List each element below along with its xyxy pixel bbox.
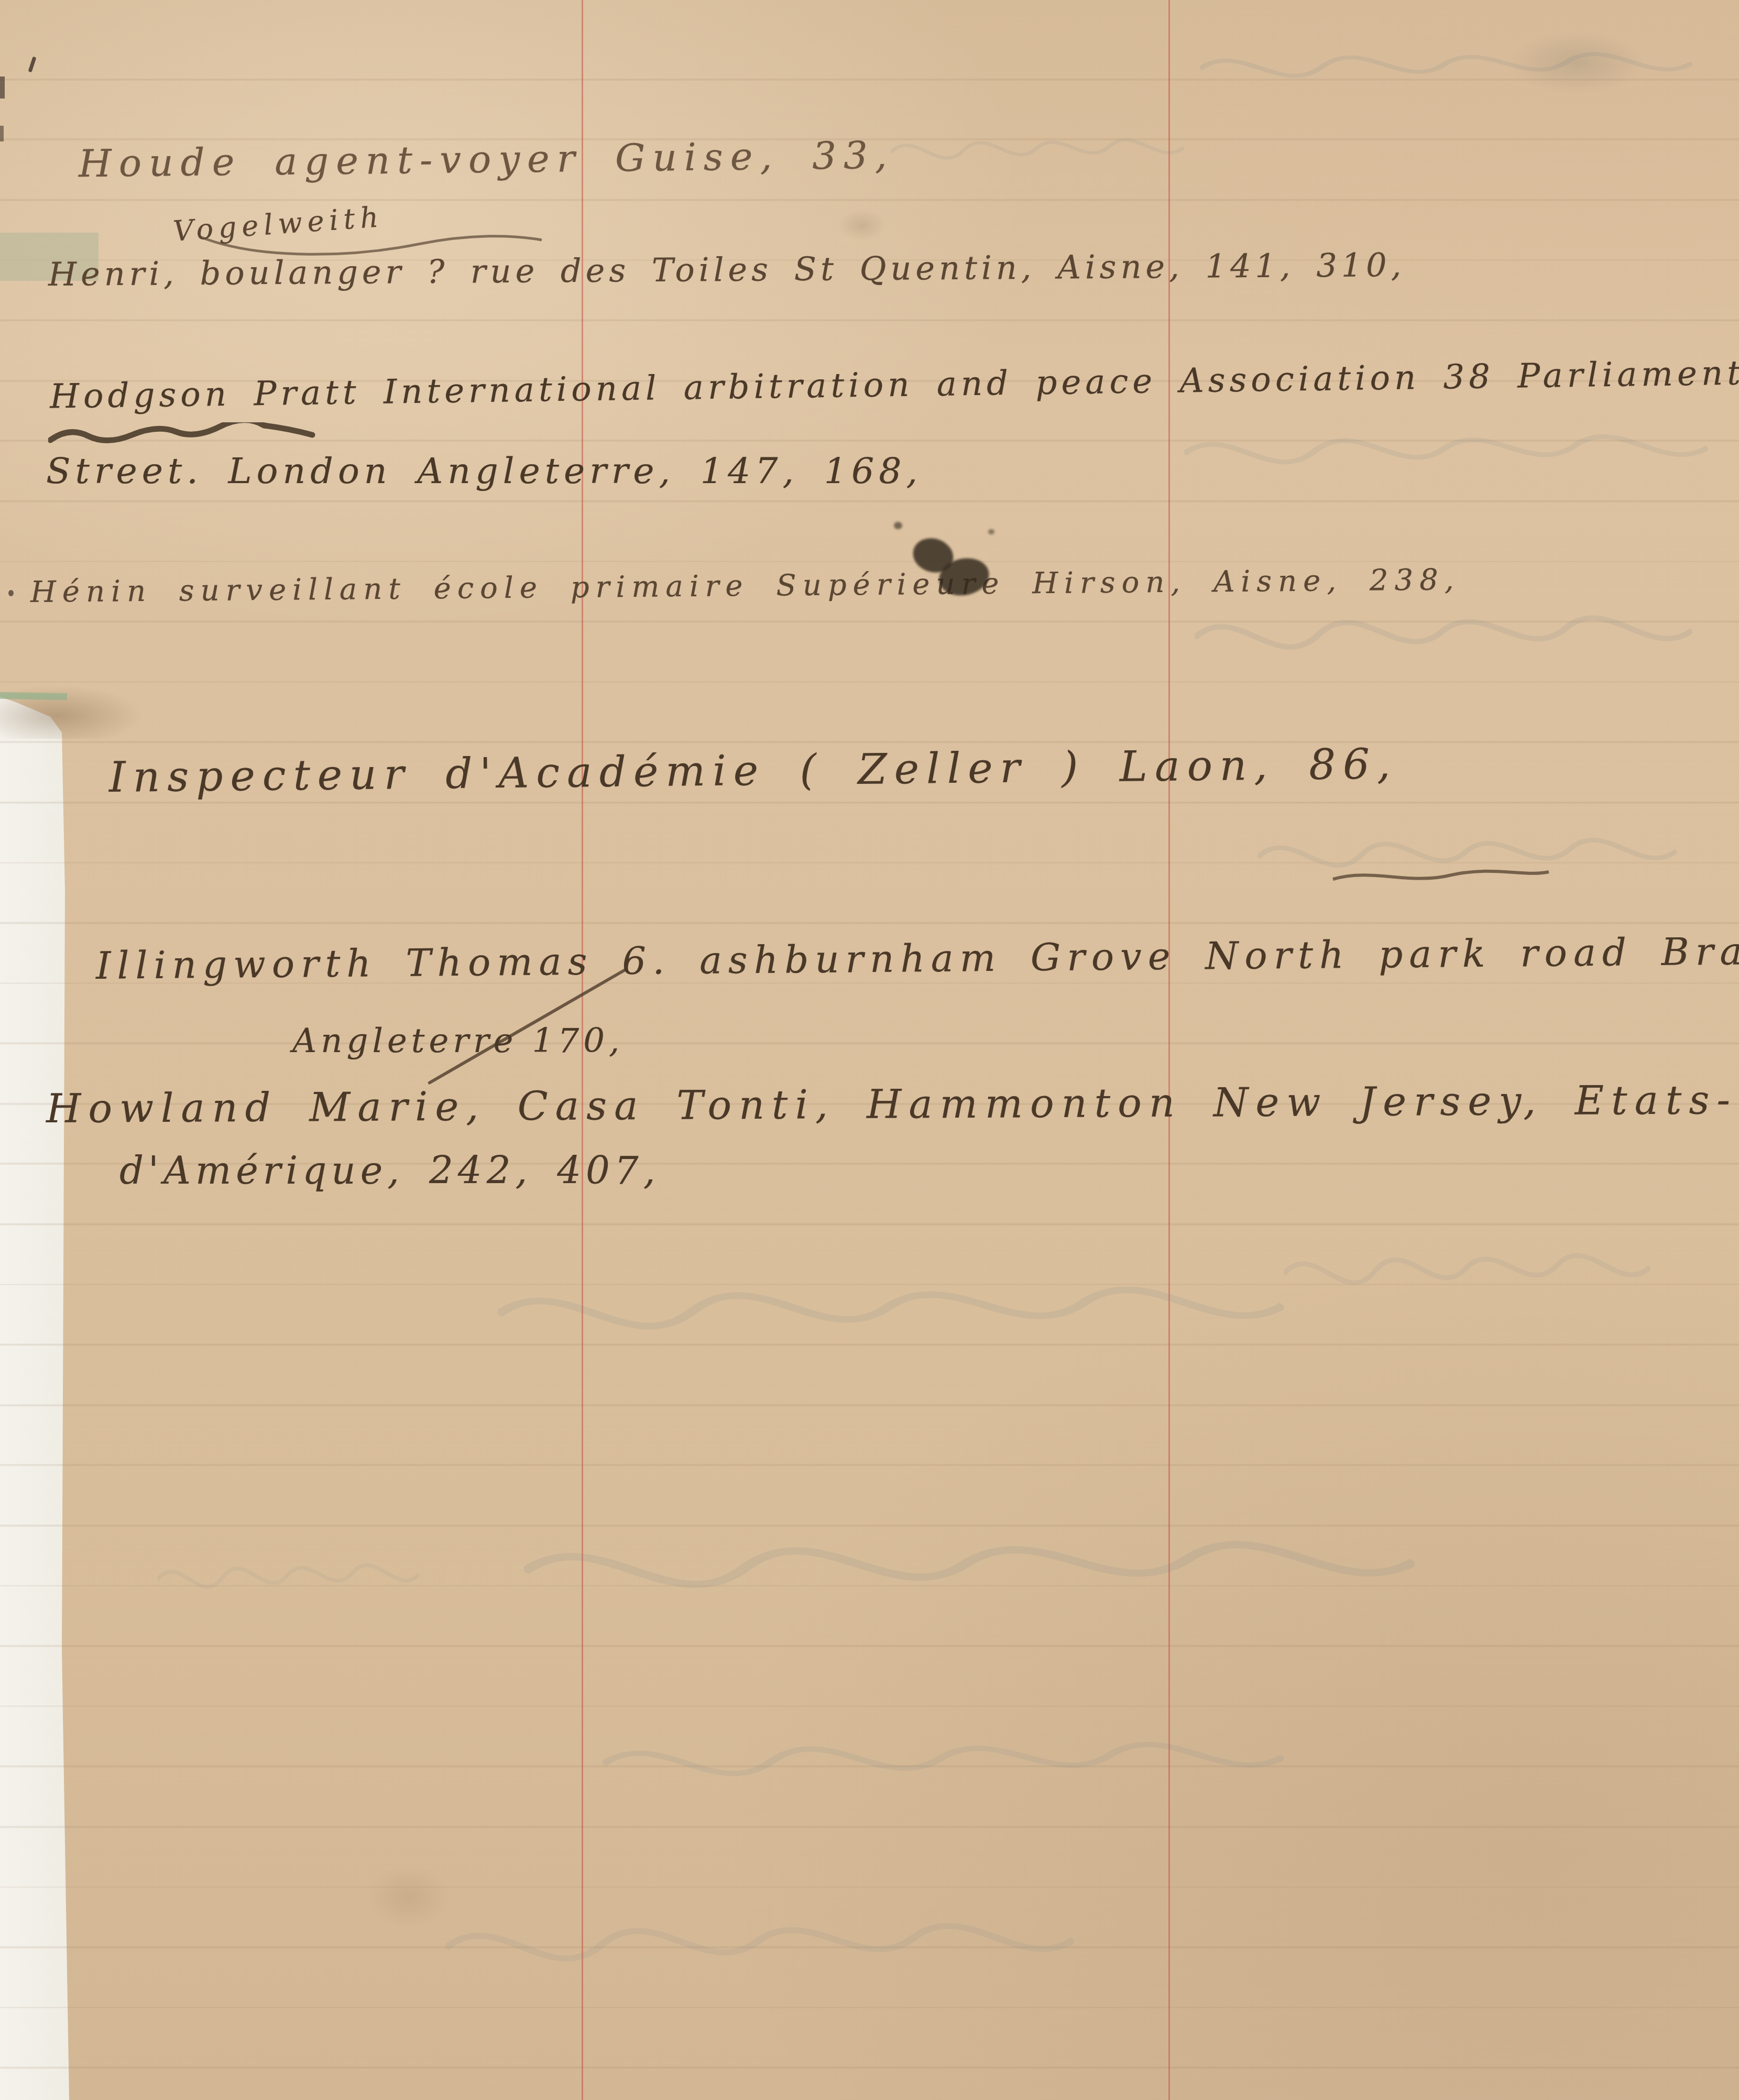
entry-houde-line: Houde agent-voyer Guise, 33, bbox=[79, 133, 895, 185]
green-edge-sliver bbox=[0, 692, 67, 701]
bleedthrough-mark bbox=[524, 1509, 1415, 1624]
bleedthrough-mark bbox=[498, 1257, 1284, 1362]
bleedthrough-mark bbox=[1200, 35, 1692, 97]
bleedthrough-mark bbox=[603, 1719, 1284, 1802]
ink-mark bbox=[0, 126, 4, 141]
entry-howland-line-2: d'Amérique, 242, 407, bbox=[119, 1149, 660, 1193]
bleedthrough-mark bbox=[1184, 414, 1708, 487]
ink-mark bbox=[8, 590, 14, 596]
paper-stain bbox=[838, 210, 885, 241]
entry-hodgson-line-2: Street. London Angleterre, 147, 168, bbox=[46, 451, 922, 492]
ink-blot bbox=[988, 529, 994, 534]
manuscript-scan: { "document": { "kind": "handwritten alp… bbox=[0, 0, 1739, 2100]
bleedthrough-mark bbox=[891, 124, 1184, 176]
wavy-underline bbox=[48, 422, 315, 451]
bleedthrough-mark bbox=[1284, 1231, 1650, 1310]
entry-illingworth-line-2: Angleterre 170, bbox=[292, 1022, 624, 1060]
bleedthrough-mark bbox=[445, 1897, 1074, 1991]
ink-mark bbox=[0, 76, 5, 99]
torn-corner-shadow bbox=[0, 681, 189, 739]
bleedthrough-mark bbox=[1195, 592, 1692, 676]
bleedthrough-mark bbox=[157, 1546, 419, 1609]
paper-stain bbox=[367, 1865, 451, 1928]
ink-blot bbox=[894, 522, 902, 529]
entry-howland-line-1: Howland Marie, Casa Tonti, Hammonton New… bbox=[46, 1076, 1739, 1132]
bleedthrough-mark bbox=[1257, 817, 1677, 891]
